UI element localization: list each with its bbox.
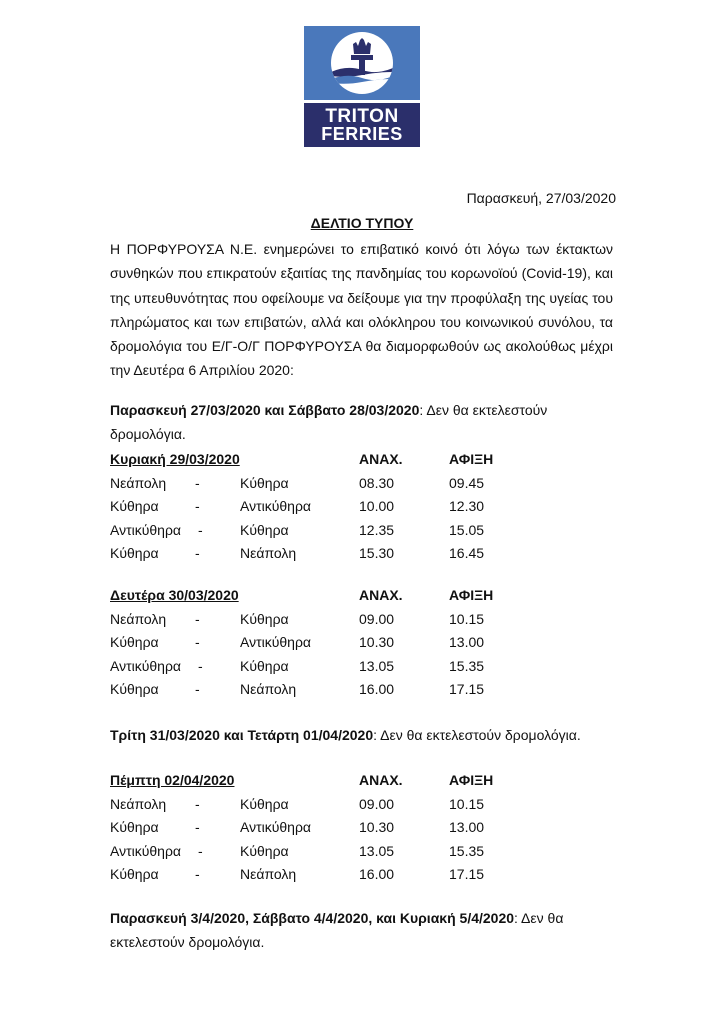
trident-wave-icon xyxy=(331,32,393,94)
table-row: Νεάπολη - Κύθηρα 08.30 09.45 xyxy=(110,472,530,496)
notice-dates: Παρασκευή 3/4/2020, Σάββατο 4/4/2020, κα… xyxy=(110,910,514,926)
logo-emblem-panel xyxy=(304,26,420,100)
destination: Αντικύθηρα xyxy=(240,816,311,840)
table-row: Νεάπολη - Κύθηρα 09.00 10.15 xyxy=(110,793,530,817)
document-date: Παρασκευή, 27/03/2020 xyxy=(467,190,616,206)
arrival-time: 13.00 xyxy=(449,816,484,840)
separator: - xyxy=(198,655,203,679)
destination: Νεάπολη xyxy=(240,542,296,566)
notice-dates: Παρασκευή 27/03/2020 και Σάββατο 28/03/2… xyxy=(110,402,419,418)
departure-time: 13.05 xyxy=(359,655,394,679)
origin: Κύθηρα xyxy=(110,863,159,887)
departure-time: 12.35 xyxy=(359,519,394,543)
schedule-header: Πέμπτη 02/04/2020 ΑΝΑΧ. ΑΦΙΞΗ xyxy=(110,769,530,793)
schedule-day: Δευτέρα 30/03/2020 xyxy=(110,584,239,608)
separator: - xyxy=(195,495,200,519)
schedule-header: Κυριακή 29/03/2020 ΑΝΑΧ. ΑΦΙΞΗ xyxy=(110,448,530,472)
table-row: Αντικύθηρα - Κύθηρα 13.05 15.35 xyxy=(110,655,530,679)
destination: Νεάπολη xyxy=(240,678,296,702)
separator: - xyxy=(195,472,200,496)
table-row: Αντικύθηρα - Κύθηρα 12.35 15.05 xyxy=(110,519,530,543)
separator: - xyxy=(195,863,200,887)
arrival-time: 15.35 xyxy=(449,840,484,864)
departure-time: 13.05 xyxy=(359,840,394,864)
origin: Νεάπολη xyxy=(110,472,166,496)
departure-time: 16.00 xyxy=(359,863,394,887)
arrival-header: ΑΦΙΞΗ xyxy=(449,448,493,472)
departure-time: 10.30 xyxy=(359,631,394,655)
departure-time: 16.00 xyxy=(359,678,394,702)
document-title: ΔΕΛΤΙΟ ΤΥΠΟΥ xyxy=(0,215,724,231)
separator: - xyxy=(195,608,200,632)
table-row: Κύθηρα - Νεάπολη 16.00 17.15 xyxy=(110,863,530,887)
separator: - xyxy=(198,519,203,543)
table-row: Κύθηρα - Νεάπολη 16.00 17.15 xyxy=(110,678,530,702)
origin: Κύθηρα xyxy=(110,495,159,519)
separator: - xyxy=(195,793,200,817)
separator: - xyxy=(195,678,200,702)
origin: Νεάπολη xyxy=(110,793,166,817)
table-row: Αντικύθηρα - Κύθηρα 13.05 15.35 xyxy=(110,840,530,864)
table-row: Νεάπολη - Κύθηρα 09.00 10.15 xyxy=(110,608,530,632)
arrival-time: 15.35 xyxy=(449,655,484,679)
logo-text-panel: TRITON FERRIES xyxy=(304,103,420,147)
departure-time: 09.00 xyxy=(359,793,394,817)
notice-dates: Τρίτη 31/03/2020 και Τετάρτη 01/04/2020 xyxy=(110,727,373,743)
arrival-time: 17.15 xyxy=(449,678,484,702)
no-service-notice: Παρασκευή 3/4/2020, Σάββατο 4/4/2020, κα… xyxy=(110,906,615,954)
departure-time: 15.30 xyxy=(359,542,394,566)
table-row: Κύθηρα - Νεάπολη 15.30 16.45 xyxy=(110,542,530,566)
no-service-notice: Τρίτη 31/03/2020 και Τετάρτη 01/04/2020:… xyxy=(110,723,620,747)
departure-time: 10.00 xyxy=(359,495,394,519)
separator: - xyxy=(195,542,200,566)
origin: Κύθηρα xyxy=(110,816,159,840)
schedule-day: Κυριακή 29/03/2020 xyxy=(110,448,240,472)
arrival-header: ΑΦΙΞΗ xyxy=(449,584,493,608)
destination: Κύθηρα xyxy=(240,608,289,632)
arrival-time: 09.45 xyxy=(449,472,484,496)
notice-text: : Δεν θα εκτελεστούν δρομολόγια. xyxy=(373,727,581,743)
departure-time: 08.30 xyxy=(359,472,394,496)
schedule-header: Δευτέρα 30/03/2020 ΑΝΑΧ. ΑΦΙΞΗ xyxy=(110,584,530,608)
arrival-header: ΑΦΙΞΗ xyxy=(449,769,493,793)
origin: Κύθηρα xyxy=(110,542,159,566)
separator: - xyxy=(195,816,200,840)
no-service-notice: Παρασκευή 27/03/2020 και Σάββατο 28/03/2… xyxy=(110,398,620,446)
table-row: Κύθηρα - Αντικύθηρα 10.30 13.00 xyxy=(110,631,530,655)
table-row: Κύθηρα - Αντικύθηρα 10.00 12.30 xyxy=(110,495,530,519)
schedule-block: Δευτέρα 30/03/2020 ΑΝΑΧ. ΑΦΙΞΗ Νεάπολη -… xyxy=(110,584,530,702)
origin: Αντικύθηρα xyxy=(110,840,181,864)
separator: - xyxy=(198,840,203,864)
arrival-time: 13.00 xyxy=(449,631,484,655)
arrival-time: 15.05 xyxy=(449,519,484,543)
destination: Αντικύθηρα xyxy=(240,631,311,655)
departure-time: 09.00 xyxy=(359,608,394,632)
logo-text-ferries: FERRIES xyxy=(304,125,420,143)
origin: Νεάπολη xyxy=(110,608,166,632)
destination: Κύθηρα xyxy=(240,840,289,864)
triton-ferries-logo: TRITON FERRIES xyxy=(304,26,420,147)
origin: Αντικύθηρα xyxy=(110,655,181,679)
arrival-time: 17.15 xyxy=(449,863,484,887)
departure-header: ΑΝΑΧ. xyxy=(359,448,403,472)
departure-header: ΑΝΑΧ. xyxy=(359,584,403,608)
arrival-time: 12.30 xyxy=(449,495,484,519)
separator: - xyxy=(195,631,200,655)
destination: Νεάπολη xyxy=(240,863,296,887)
table-row: Κύθηρα - Αντικύθηρα 10.30 13.00 xyxy=(110,816,530,840)
arrival-time: 10.15 xyxy=(449,608,484,632)
origin: Αντικύθηρα xyxy=(110,519,181,543)
destination: Κύθηρα xyxy=(240,793,289,817)
departure-time: 10.30 xyxy=(359,816,394,840)
destination: Αντικύθηρα xyxy=(240,495,311,519)
departure-header: ΑΝΑΧ. xyxy=(359,769,403,793)
intro-paragraph: Η ΠΟΡΦΥΡΟΥΣΑ Ν.Ε. ενημερώνει το επιβατικ… xyxy=(110,237,613,383)
origin: Κύθηρα xyxy=(110,631,159,655)
arrival-time: 16.45 xyxy=(449,542,484,566)
schedule-block: Πέμπτη 02/04/2020 ΑΝΑΧ. ΑΦΙΞΗ Νεάπολη - … xyxy=(110,769,530,887)
destination: Κύθηρα xyxy=(240,519,289,543)
destination: Κύθηρα xyxy=(240,472,289,496)
schedule-day: Πέμπτη 02/04/2020 xyxy=(110,769,234,793)
origin: Κύθηρα xyxy=(110,678,159,702)
arrival-time: 10.15 xyxy=(449,793,484,817)
destination: Κύθηρα xyxy=(240,655,289,679)
schedule-block: Κυριακή 29/03/2020 ΑΝΑΧ. ΑΦΙΞΗ Νεάπολη -… xyxy=(110,448,530,566)
